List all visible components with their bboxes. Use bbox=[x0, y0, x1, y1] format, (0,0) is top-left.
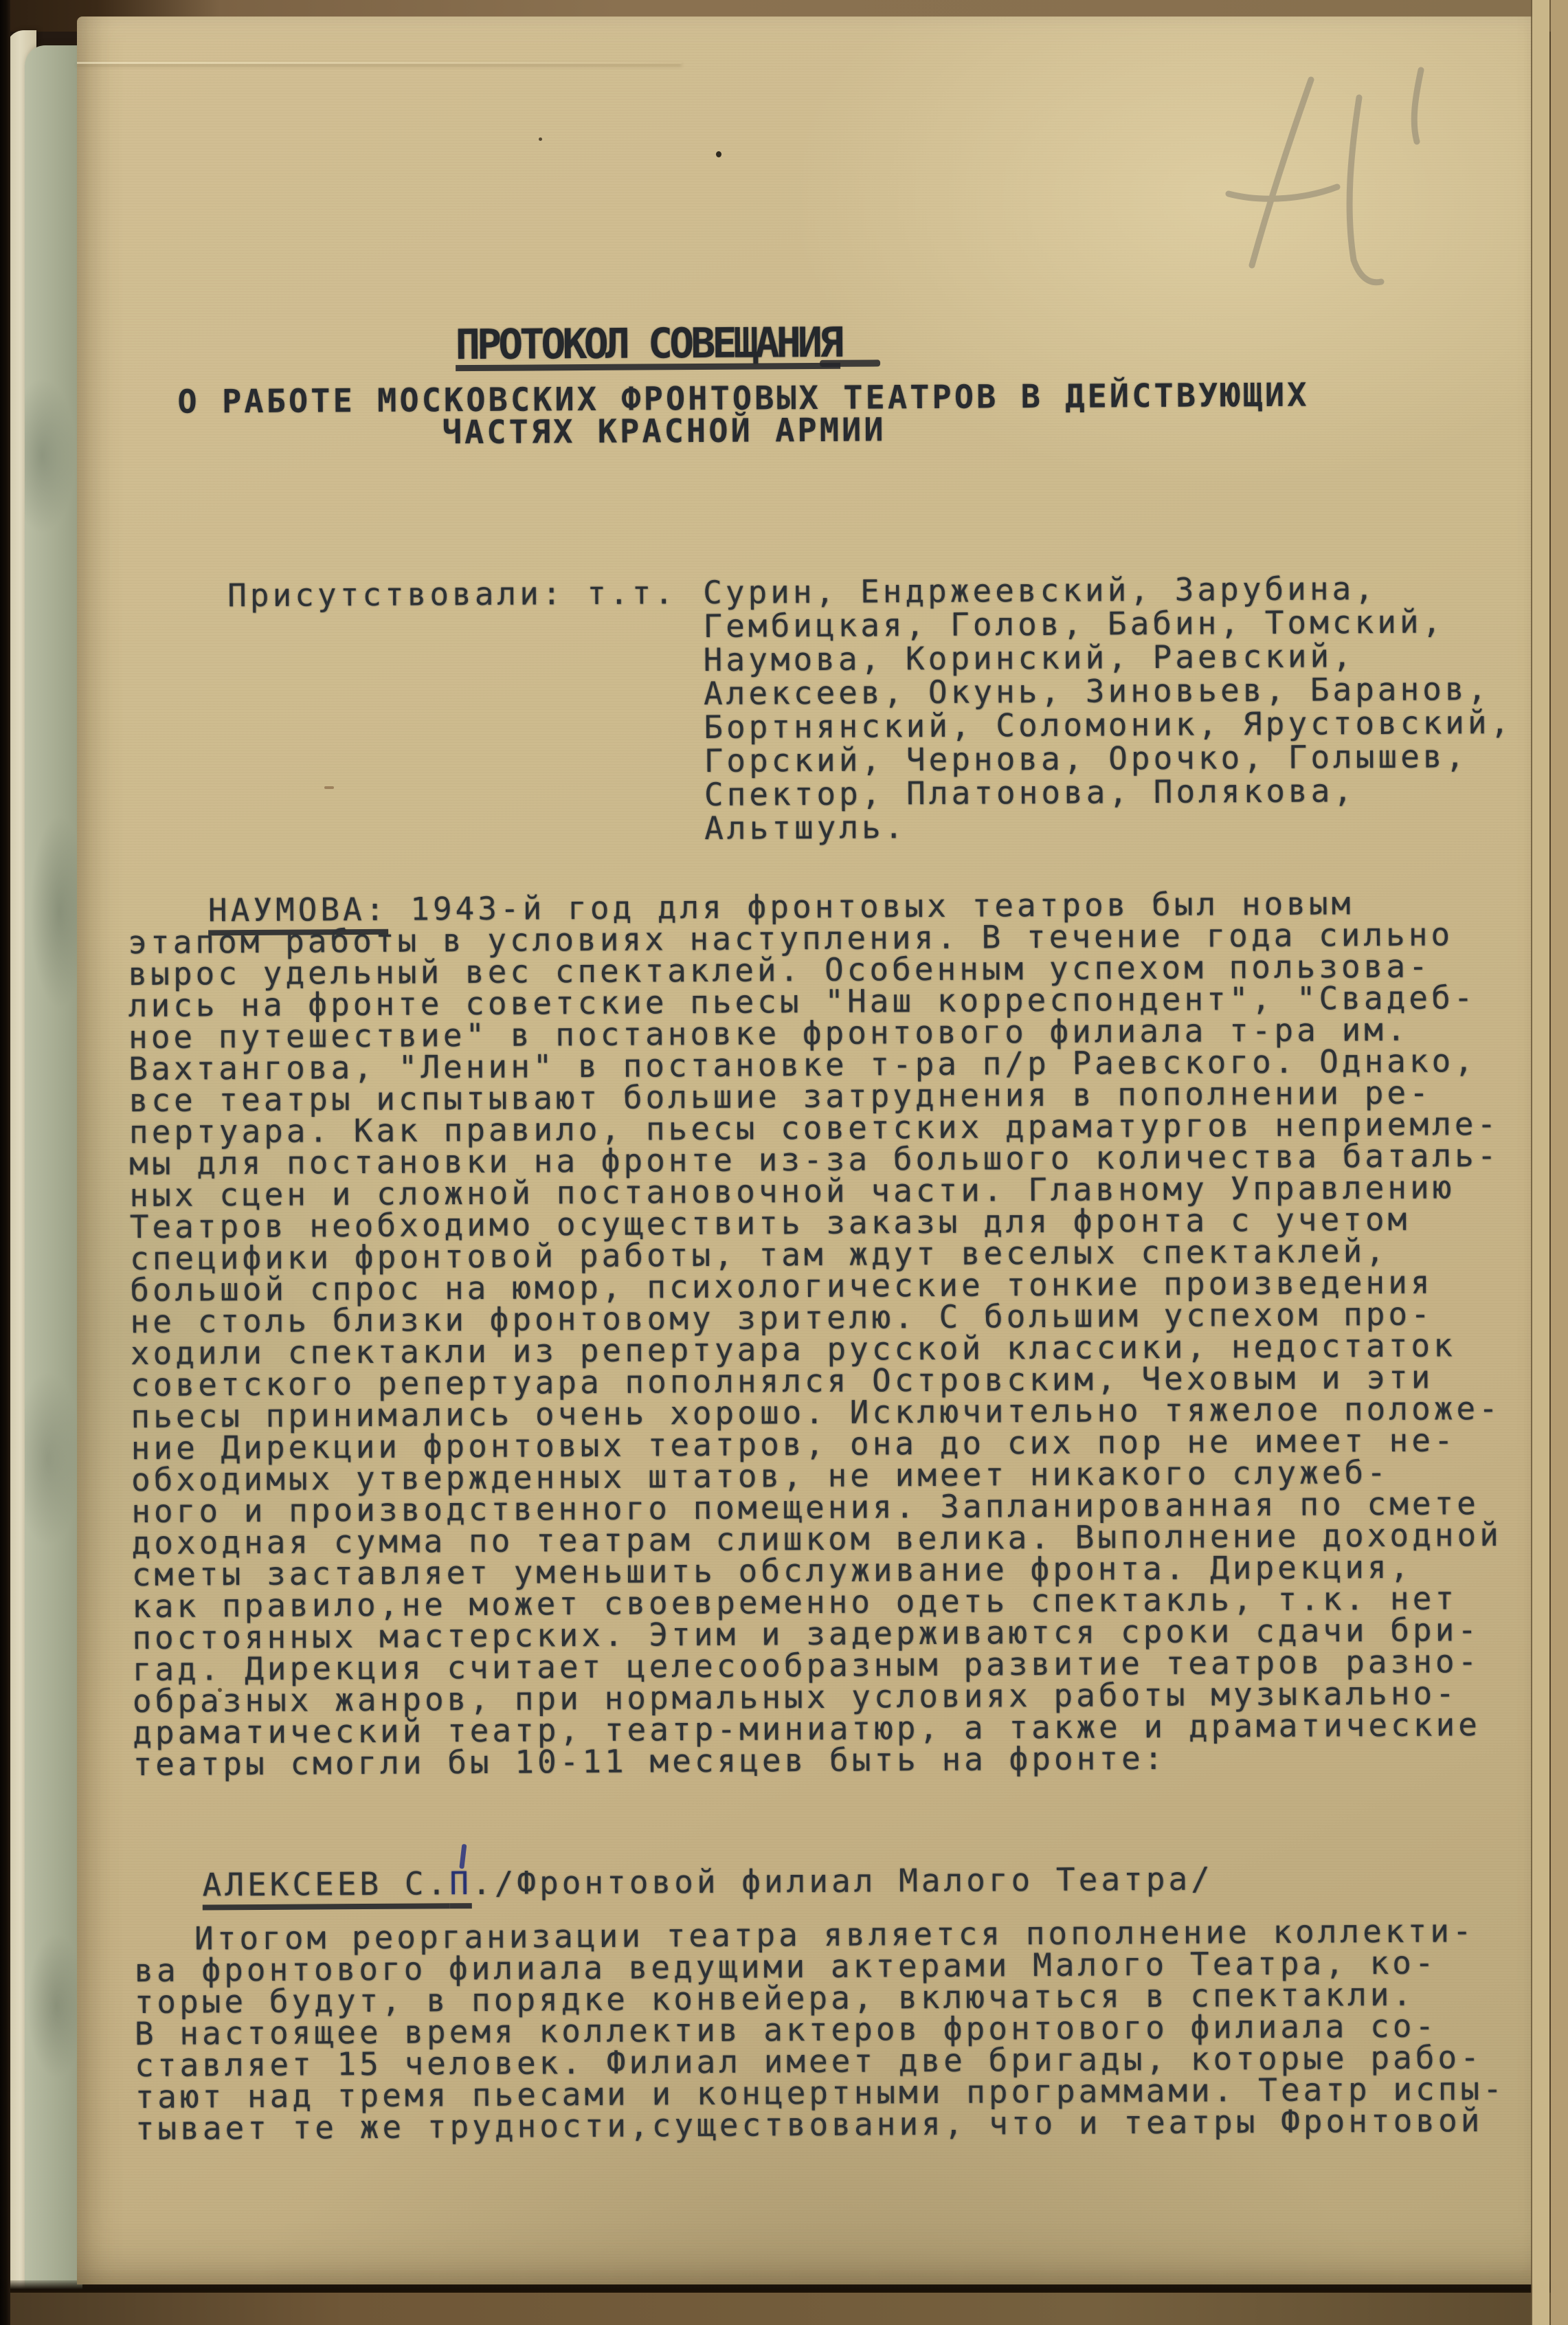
typed-text-line: Горский, Чернова, Орочко, Голышев, bbox=[704, 739, 1512, 778]
attendees-label: Присутствовали: т.т. bbox=[227, 576, 677, 612]
typed-text-line: Спектор, Платонова, Полякова, bbox=[704, 773, 1513, 812]
archive-scan: ПРОТОКОЛ СОВЕЩАНИЯ О РАБОТЕ МОСКОВСКИХ Ф… bbox=[0, 0, 1568, 2325]
alekseev-affiliation: ./Фронтовой филиал Малого Театра/ bbox=[472, 1860, 1213, 1902]
naumova-speech-lines: этапом работы в условиях наступления. В … bbox=[128, 918, 1503, 1780]
document-title: ПРОТОКОЛ СОВЕЩАНИЯ bbox=[456, 326, 841, 371]
title-underline-dash bbox=[820, 359, 880, 367]
underlying-page-edge-green bbox=[25, 45, 82, 2325]
alekseev-heading: АЛЕКСЕЕВ С.П./Фронтовой филиал Малого Те… bbox=[202, 1862, 1213, 1900]
binding-edge bbox=[0, 0, 10, 2325]
attendees-lines: Гембицкая, Голов, Бабин, Томский,Наумова… bbox=[703, 605, 1513, 845]
speaker-name-alekseev: АЛЕКСЕЕВ С. bbox=[202, 1865, 449, 1910]
typed-text-line: тывает те же трудности,существования, чт… bbox=[135, 2104, 1506, 2144]
typed-text-layer: ПРОТОКОЛ СОВЕЩАНИЯ О РАБОТЕ МОСКОВСКИХ Ф… bbox=[77, 12, 1563, 2289]
typed-text-line: театры смогли бы 10-11 месяцев быть на ф… bbox=[133, 1740, 1503, 1780]
binder-backing-bottom bbox=[0, 2293, 1568, 2325]
document-page: ПРОТОКОЛ СОВЕЩАНИЯ О РАБОТЕ МОСКОВСКИХ Ф… bbox=[77, 16, 1549, 2284]
typed-text-line: Гембицкая, Голов, Бабин, Томский, bbox=[703, 605, 1512, 643]
typed-text-line: Альтшуль. bbox=[704, 807, 1513, 845]
document-subtitle-line-2: ЧАСТЯХ КРАСНОЙ АРМИИ bbox=[443, 414, 886, 449]
blue-ink-correction: П bbox=[449, 1865, 472, 1909]
alekseev-speech-lines: Итогом реорганизации театра является поп… bbox=[134, 1915, 1505, 2144]
next-page-edge bbox=[1531, 0, 1568, 2325]
